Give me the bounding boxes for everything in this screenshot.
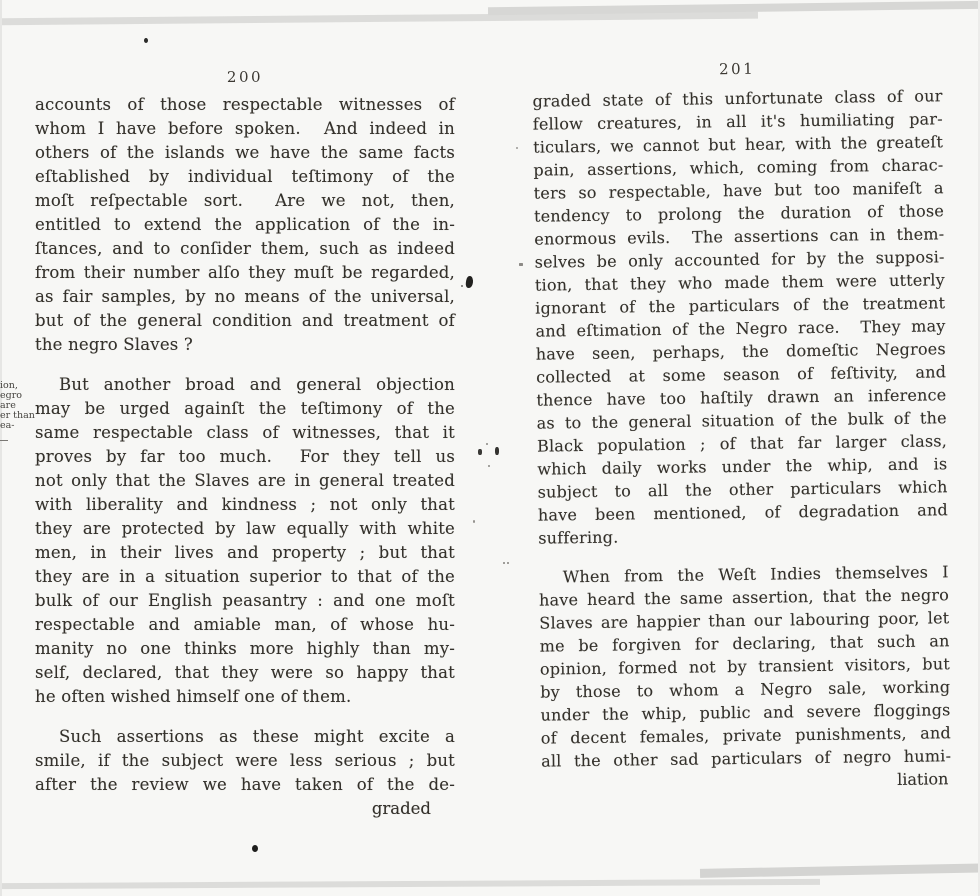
text-line: entitled to extend the application of th… [35, 213, 455, 237]
paragraph: accounts of those respectable witnesses … [35, 93, 455, 357]
catchword-left: graded [35, 797, 455, 821]
text-line: they are protected by law equally with w… [35, 517, 455, 541]
scan-edge-streak [0, 12, 758, 26]
paragraph: Such assertions as these might excite as… [35, 725, 455, 797]
text-line: men, in their lives and property ; but t… [35, 541, 455, 565]
paragraph: When from the Weſt Indies themselves Iha… [539, 560, 952, 772]
ink-speck [144, 38, 148, 43]
text-line: proves by far too much. For they tell us [35, 445, 455, 469]
text-line: but of the general condition and treatme… [35, 309, 455, 333]
text-line: bulk of our English peasantry : and one … [35, 589, 455, 613]
scan-edge-streak [700, 863, 980, 878]
text-line: accounts of those respectable witnesses … [35, 93, 455, 117]
ink-speck [461, 285, 463, 287]
text-line: Such assertions as these might excite a [35, 725, 455, 749]
text-line: from their number alſo they muſt be rega… [35, 261, 455, 285]
page-200: 200 accounts of those respectable witnes… [35, 68, 455, 821]
paragraph: But another broad and general objectionm… [35, 373, 455, 709]
text-line: they are in a situation superior to that… [35, 565, 455, 589]
margin-note-dash [0, 440, 8, 441]
ink-speck [503, 562, 505, 564]
text-line: moſt reſpectable sort. Are we not, then, [35, 189, 455, 213]
scan-left-edge [0, 0, 2, 896]
ink-speck [516, 147, 518, 149]
text-line: may be urged againſt the teſtimony of th… [35, 397, 455, 421]
scan-edge-streak [0, 879, 820, 889]
text-line: self, declared, that they were so happy … [35, 661, 455, 685]
ink-speck [507, 562, 509, 564]
text-line: suffering. [538, 521, 948, 549]
page-number-left: 200 [35, 68, 455, 86]
text-line: smile, if the subject were less serious … [35, 749, 455, 773]
text-line: after the review we have taken of the de… [35, 773, 455, 797]
text-line: with liberality and kindness ; not only … [35, 493, 455, 517]
text-line: respectable and amiable man, of whose hu… [35, 613, 455, 637]
page-200-text: accounts of those respectable witnesses … [35, 93, 455, 797]
ink-speck [519, 263, 523, 266]
text-line: he often wished himself one of them. [35, 685, 455, 709]
margin-note: ion,egroareer thanea- [0, 381, 38, 431]
ink-speck [478, 449, 482, 455]
book-scan: 200 accounts of those respectable witnes… [0, 0, 980, 896]
ink-speck [488, 465, 490, 467]
ink-speck [252, 845, 258, 852]
text-line: manity no one thinks more highly than my… [35, 637, 455, 661]
text-line: same respectable class of witnesses, tha… [35, 421, 455, 445]
page-number-right: 201 [532, 57, 942, 80]
text-line: as fair samples, by no means of the univ… [35, 285, 455, 309]
page-201: 201 graded state of this unfortunate cla… [532, 57, 952, 795]
paragraph: graded state of this unfortunate class o… [532, 84, 948, 549]
text-line: ſtances, and to conſider them, such as i… [35, 237, 455, 261]
text-line: But another broad and general objection [35, 373, 455, 397]
text-line: others of the islands we have the same f… [35, 141, 455, 165]
ink-speck [495, 447, 499, 455]
text-line: eſtablished by individual teſtimony of t… [35, 165, 455, 189]
margin-note-fragment: ea- [0, 421, 38, 431]
text-line: not only that the Slaves are in general … [35, 469, 455, 493]
ink-speck [486, 443, 488, 445]
text-line: the negro Slaves ? [35, 333, 455, 357]
text-line: whom I have before spoken. And indeed in [35, 117, 455, 141]
ink-blot [465, 276, 474, 289]
ink-speck [473, 520, 475, 523]
page-201-text: graded state of this unfortunate class o… [532, 84, 951, 772]
